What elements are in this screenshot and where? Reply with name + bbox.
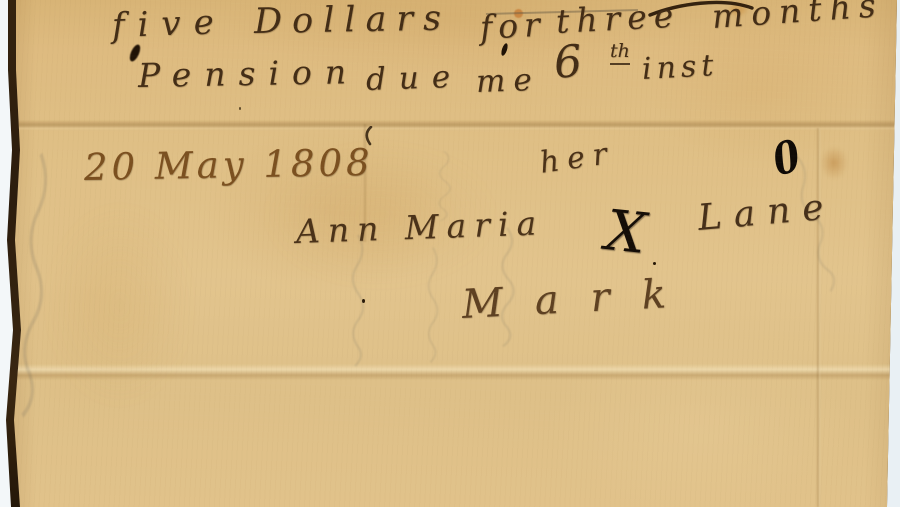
ink-speck xyxy=(362,299,365,303)
bleedthrough-writing xyxy=(343,233,373,372)
zero-notation: 0 xyxy=(768,130,806,186)
foxing-spot xyxy=(820,146,848,180)
signature-mark-label: Mark xyxy=(461,270,699,328)
signature-cross-mark: X xyxy=(603,198,649,267)
cutoff-pen-stroke xyxy=(648,0,756,17)
amount-line-word: five xyxy=(111,2,227,46)
pension-line-word: inst xyxy=(641,48,719,87)
ink-speck xyxy=(653,262,656,265)
date-text: 20 May 1808 xyxy=(84,141,374,189)
foxing-spot xyxy=(514,9,523,18)
horizontal-fold-crease-upper xyxy=(14,120,895,130)
pension-day-ordinal: th xyxy=(610,40,630,65)
pension-day-number: 6 xyxy=(552,36,584,89)
pension-line-word: Pension xyxy=(138,52,360,95)
amount-line-word: three xyxy=(555,0,681,41)
ink-blob xyxy=(500,43,509,57)
scanned-manuscript: five Dollars for three months Pension du… xyxy=(0,0,900,507)
signature-pronoun: her xyxy=(538,136,618,181)
pencil-scratch-line xyxy=(486,9,638,15)
bleedthrough-writing xyxy=(430,150,458,226)
vertical-fold-crease-right xyxy=(816,128,821,507)
amount-line-word: months xyxy=(711,0,885,36)
pension-line-word: me xyxy=(475,62,540,100)
amount-line-word: for xyxy=(479,5,547,47)
vertical-fold-crease-middle xyxy=(363,124,367,242)
signature-given-names: Ann Maria xyxy=(295,203,545,251)
bleedthrough-writing xyxy=(492,226,522,352)
pension-line-word: due xyxy=(365,59,463,98)
paper-sheet: five Dollars for three months Pension du… xyxy=(0,0,900,507)
ink-speck xyxy=(239,107,241,110)
signature-surname: Lane xyxy=(696,186,837,239)
ink-hook-mark xyxy=(362,126,376,146)
bleedthrough-writing xyxy=(420,246,446,368)
soft-stain xyxy=(270,150,490,280)
ink-blob xyxy=(128,43,143,63)
foxing-spot xyxy=(730,4,746,15)
amount-line-word: Dollars xyxy=(254,0,452,42)
horizontal-fold-crease-lower xyxy=(14,364,895,380)
bleedthrough-writing xyxy=(778,148,852,301)
soft-stain xyxy=(55,210,185,400)
